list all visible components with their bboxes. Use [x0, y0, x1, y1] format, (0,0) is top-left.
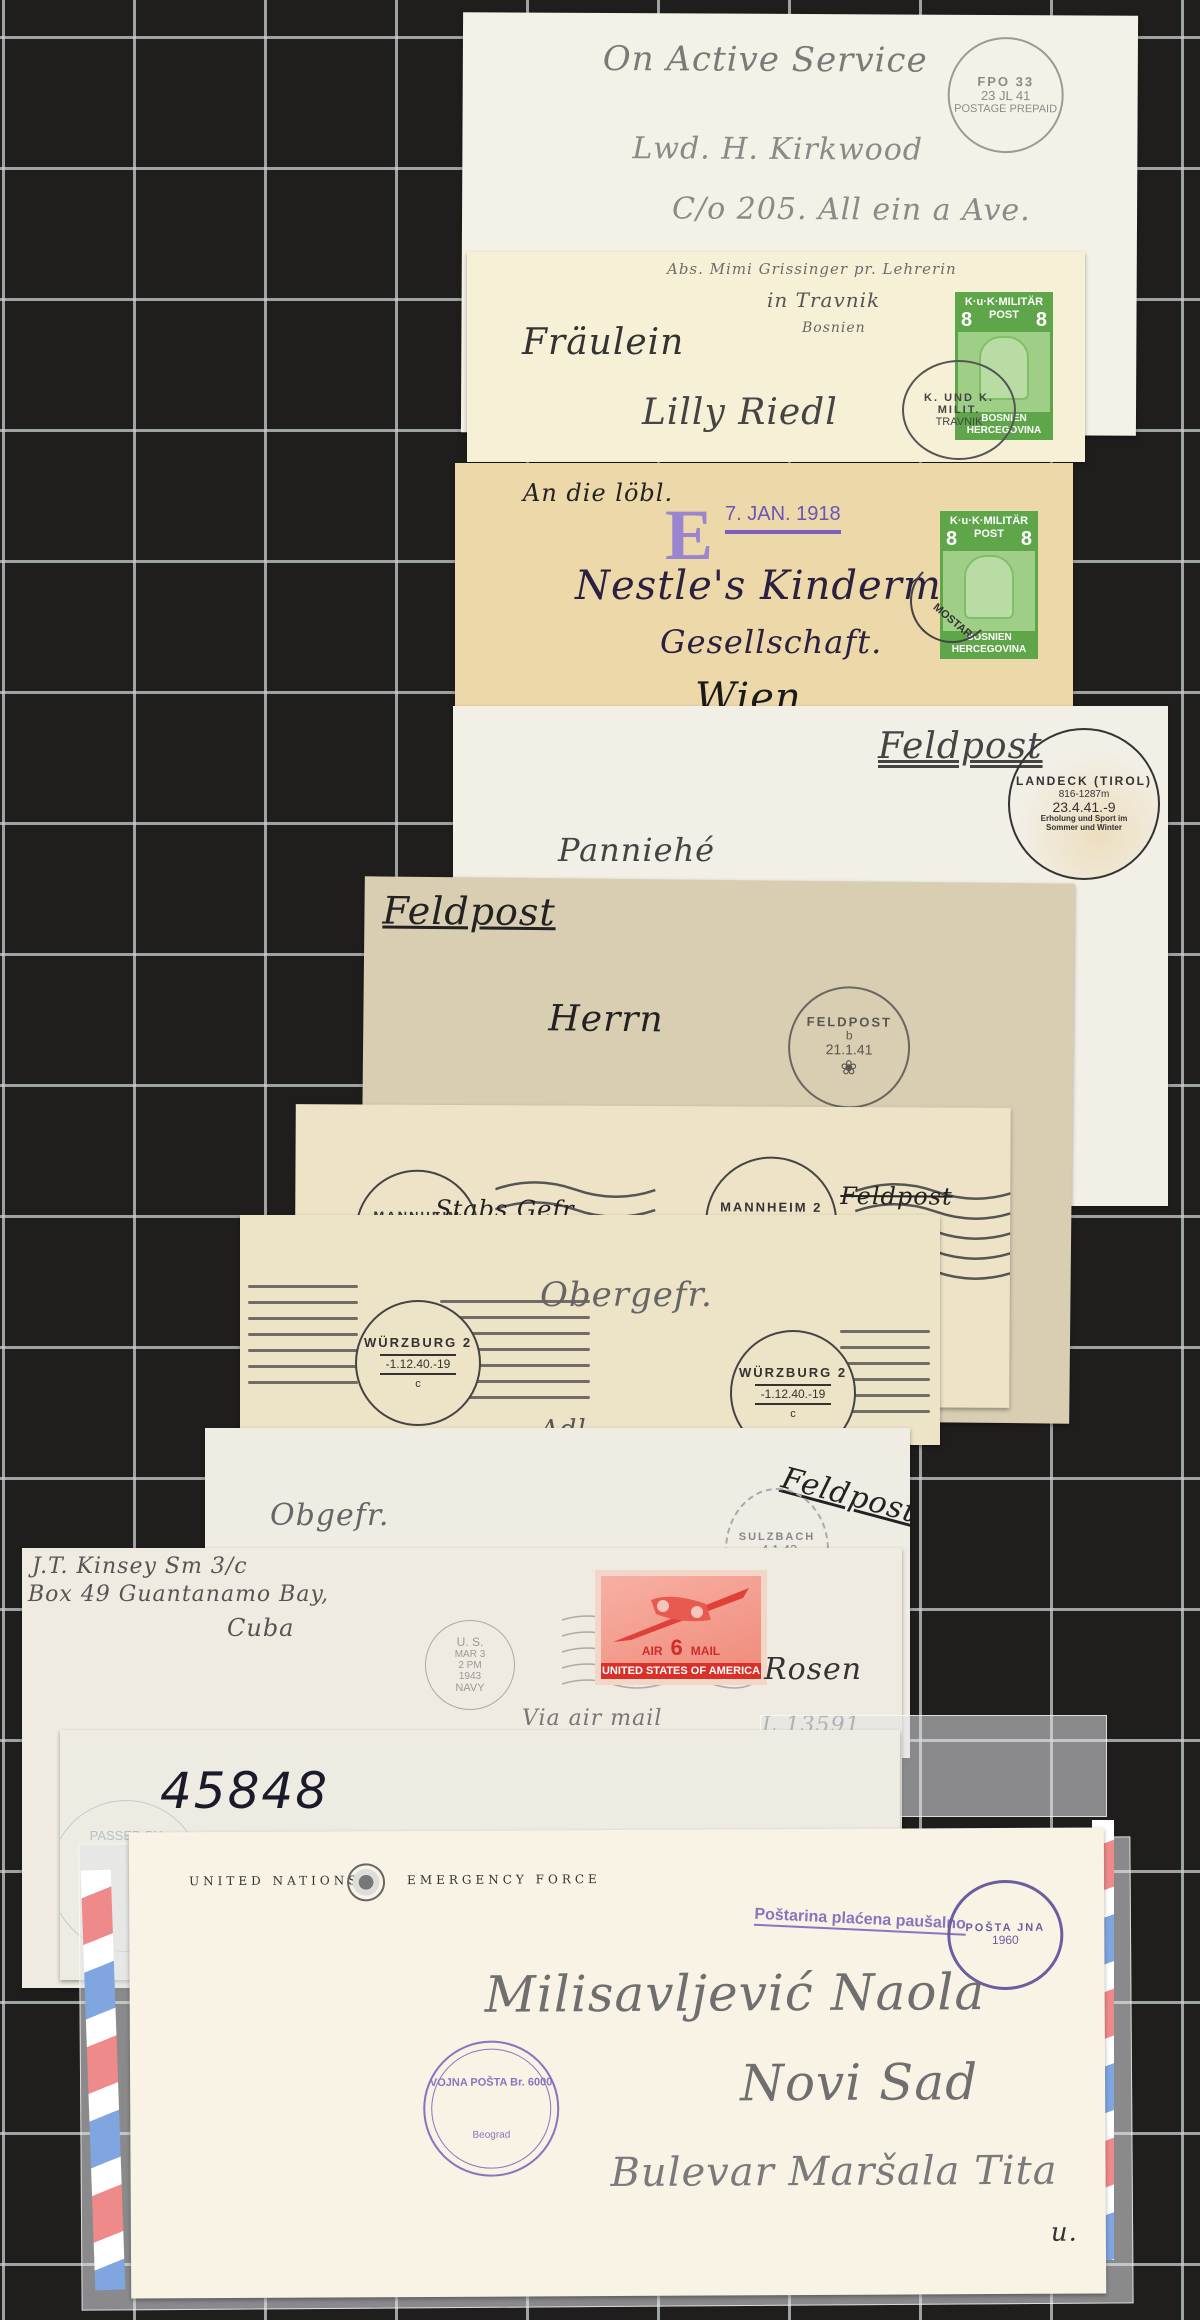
letterhead-left: UNITED NATIONS	[189, 1873, 360, 1888]
addressee-street: Bulevar Maršala Tita	[610, 2148, 1057, 2196]
postage-prepaid-postmark: FPO 33 23 JL 41 POSTAGE PREPAID	[947, 37, 1064, 154]
letterhead-right: EMERGENCY FORCE	[407, 1872, 601, 1887]
eagle-icon: ❀	[840, 1058, 857, 1080]
addressee-title: Herrn	[548, 998, 664, 1040]
vojna-posta-cachet: VOJNA POŠTA Br. 6000 Beograd	[423, 2040, 560, 2177]
cover-wurzburg: WÜRZBURG 2 -1.12.40.-19 c WÜRZBURG 2 -1.…	[240, 1215, 940, 1445]
company-suffix: Gesellschaft.	[660, 623, 882, 661]
sender-town: in Travnik	[767, 288, 880, 312]
sender-line: Abs. Mimi Grissinger pr. Lehrerin	[667, 260, 957, 278]
address-line: C/o 205. All ein a Ave.	[672, 191, 1031, 228]
cover-nestle-kindermehl: An die löbl. E 7. JAN. 1918 Nestle's Kin…	[455, 463, 1073, 718]
return-address-line: Cuba	[227, 1614, 295, 1642]
return-address-line: Box 49 Guantanamo Bay,	[28, 1582, 329, 1607]
landeck-tirol-postmark: LANDECK (TIROL) 816-1287m 23.4.41.-9 Erh…	[1008, 728, 1160, 880]
salutation: An die löbl.	[523, 479, 673, 507]
cover-bosnia-fraulein: Abs. Mimi Grissinger pr. Lehrerin in Tra…	[467, 252, 1085, 462]
un-emblem-icon	[347, 1863, 385, 1901]
addressee-fragment: Rosen	[764, 1652, 862, 1687]
cover-heading: On Active Service	[603, 39, 928, 81]
sender-country: Bosnien	[802, 320, 866, 336]
addressee-name: Lilly Riedl	[642, 392, 838, 433]
feldpost-label: Feldpost	[878, 726, 1043, 767]
us-6c-airmail-stamp: AIR6MAIL UNITED STATES OF AMERICA	[595, 1570, 767, 1685]
corner-mark: u.	[1051, 2218, 1078, 2248]
receiving-date-stamp: 7. JAN. 1918	[725, 503, 841, 534]
addressee-name: Milisavljević Naola	[484, 1963, 985, 2024]
feldpost-label: Feldpost	[840, 1182, 953, 1211]
addressee-city: Novi Sad	[740, 2053, 978, 2112]
return-address-line: J.T. Kinsey Sm 3/c	[32, 1554, 248, 1579]
addressee-title: Fräulein	[522, 322, 684, 363]
addressee-line: Lwd. H. Kirkwood	[632, 131, 923, 168]
us-navy-postmark: U. S. MAR 3 2 PM 1943 NAVY	[425, 1620, 515, 1710]
feldpost-label: Feldpost	[382, 888, 556, 934]
stock-number: 45848	[160, 1762, 329, 1820]
kuk-military-postmark: K. UND K. MILIT. TRAVNIK	[902, 360, 1016, 460]
postage-paid-bulk-stamp: Poštarina plaćena paušalno	[754, 1906, 966, 1936]
wurzburg-postmark: WÜRZBURG 2 -1.12.40.-19 c	[355, 1300, 481, 1426]
feldpost-eagle-postmark: FELDPOST b 21.1.41 ❀	[787, 986, 910, 1109]
receiving-letter-mark: E	[665, 499, 713, 571]
cover-unef: UNITED NATIONS EMERGENCY FORCE Poštarina…	[129, 1827, 1106, 2298]
machine-cancel-bars	[248, 1285, 358, 1397]
via-air-mail-note: Via air mail	[522, 1706, 662, 1731]
addressee-name: Panniehé	[558, 831, 715, 869]
rank-line: Obergefr.	[540, 1275, 713, 1315]
rank-line: Obgefr.	[270, 1498, 389, 1533]
mostar-postmark: MOSTAR	[910, 559, 994, 643]
